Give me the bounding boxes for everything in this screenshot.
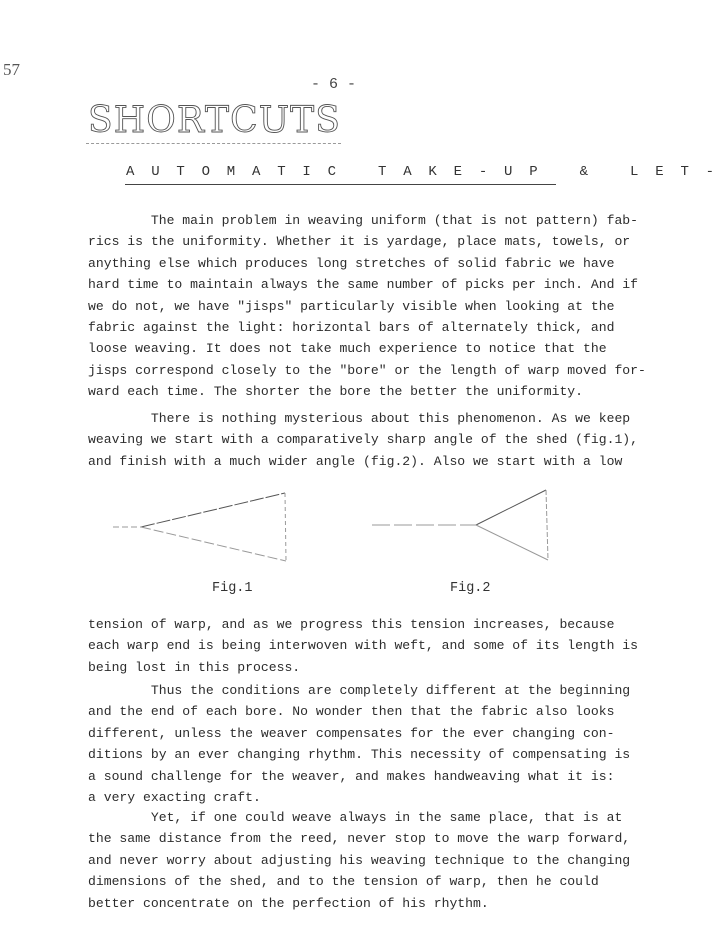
title-letter: R (177, 101, 204, 141)
decorative-title: S H O R T C U T S (88, 101, 340, 141)
text-line: fabric against the light: horizontal bar… (88, 317, 646, 338)
text-line: and never worry about adjusting his weav… (88, 850, 630, 871)
text-line: anything else which produces long stretc… (88, 253, 646, 274)
text-line: and the end of each bore. No wonder then… (88, 701, 630, 722)
text-line: being lost in this process. (88, 657, 638, 678)
paragraph-1: The main problem in weaving uniform (tha… (88, 210, 646, 403)
text-line: each warp end is being interwoven with w… (88, 635, 638, 656)
text-line: we do not, we have "jisps" particularly … (88, 296, 646, 317)
text-line: the same distance from the reed, never s… (88, 828, 630, 849)
paragraph-3: tension of warp, and as we progress this… (88, 614, 638, 678)
figure-2-shed-wide-angle (372, 490, 548, 560)
title-underline (86, 143, 341, 144)
text-line: hard time to maintain always the same nu… (88, 274, 646, 295)
text-line: dimensions of the shed, and to the tensi… (88, 871, 630, 892)
paragraph-4: Thus the conditions are completely diffe… (88, 680, 630, 808)
title-letter: S (88, 101, 113, 141)
paragraph-2: There is nothing mysterious about this p… (88, 408, 638, 472)
figure-1-shed-sharp-angle (113, 493, 286, 561)
text-line: ward each time. The shorter the bore the… (88, 381, 646, 402)
text-line: jisps correspond closely to the "bore" o… (88, 360, 646, 381)
title-letter: H (114, 101, 145, 141)
section-heading: A U T O M A T I C T A K E - U P & L E T … (126, 164, 728, 180)
title-letter: U (259, 101, 289, 141)
text-line: a very exacting craft. (88, 787, 630, 808)
text-line: The main problem in weaving uniform (tha… (88, 210, 646, 231)
text-line: weaving we start with a comparatively sh… (88, 429, 638, 450)
margin-page-number: 57 (3, 60, 20, 80)
title-letter: T (205, 101, 229, 141)
title-letter: S (315, 101, 340, 141)
figure-2-caption: Fig.2 (450, 581, 491, 596)
section-heading-underline (125, 184, 556, 185)
text-line: different, unless the weaver compensates… (88, 723, 630, 744)
title-letter: C (230, 101, 258, 141)
text-line: Thus the conditions are completely diffe… (88, 680, 630, 701)
text-line: better concentrate on the perfection of … (88, 893, 630, 914)
text-line: ditions by an ever changing rhythm. This… (88, 744, 630, 765)
text-line: There is nothing mysterious about this p… (88, 408, 638, 429)
text-line: Yet, if one could weave always in the sa… (88, 807, 630, 828)
text-line: rics is the uniformity. Whether it is ya… (88, 231, 646, 252)
title-letter: O (146, 101, 176, 141)
text-line: loose weaving. It does not take much exp… (88, 338, 646, 359)
text-line: a sound challenge for the weaver, and ma… (88, 766, 630, 787)
page-number: - 6 - (311, 76, 356, 93)
text-line: and finish with a much wider angle (fig.… (88, 451, 638, 472)
figure-1-caption: Fig.1 (212, 581, 253, 596)
text-line: tension of warp, and as we progress this… (88, 614, 638, 635)
title-letter: T (290, 101, 314, 141)
paragraph-5: Yet, if one could weave always in the sa… (88, 807, 630, 914)
